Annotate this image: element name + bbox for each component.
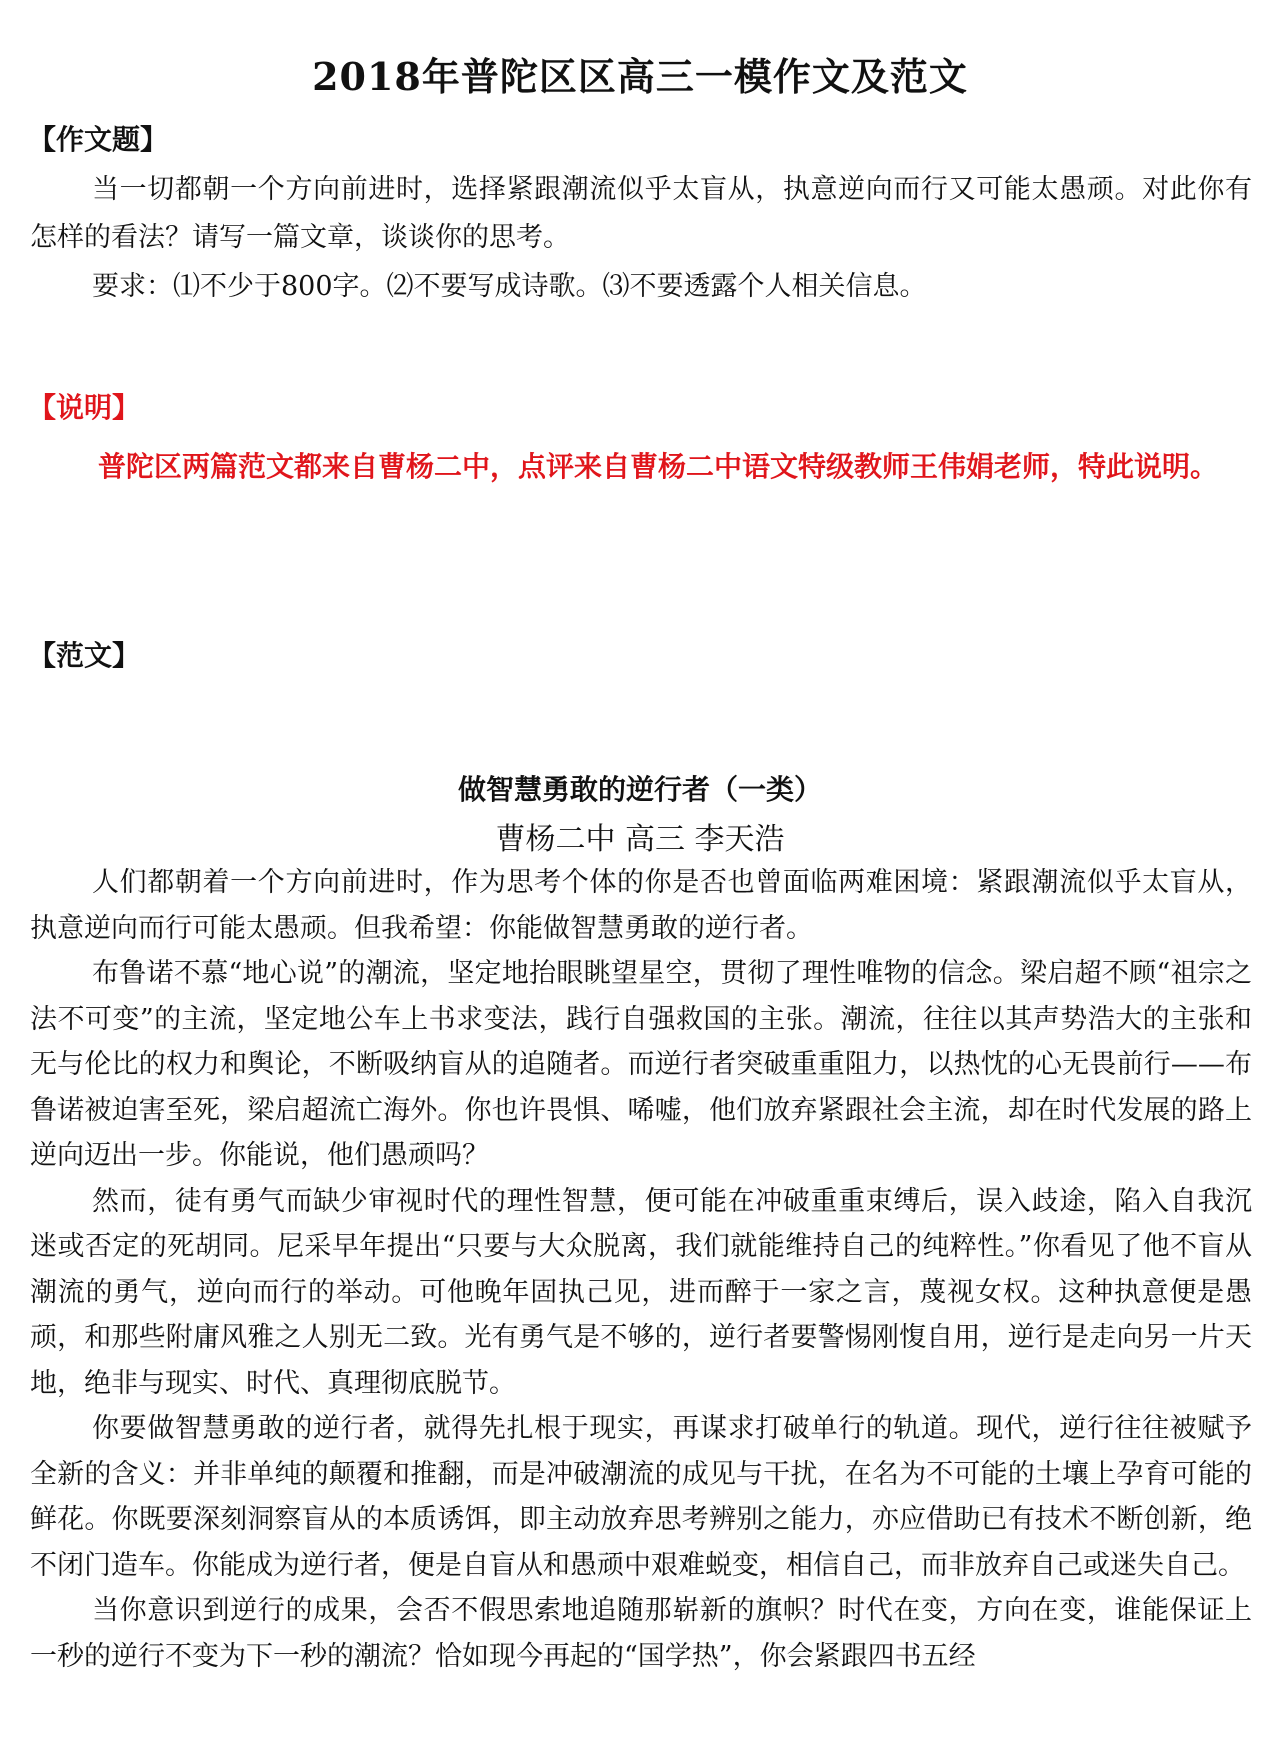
note-heading: 【说明】	[28, 386, 140, 426]
essay-paragraph: 布鲁诺不慕“地心说”的潮流，坚定地抬眼眺望星空，贯彻了理性唯物的信念。梁启超不顾…	[30, 951, 1252, 1179]
essay-paragraph: 你要做智慧勇敢的逆行者，就得先扎根于现实，再谋求打破单行的轨道。现代，逆行往往被…	[30, 1406, 1252, 1588]
essay-paragraph: 然而，徒有勇气而缺少审视时代的理性智慧，便可能在冲破重重束缚后，误入歧途，陷入自…	[30, 1179, 1252, 1407]
sample-heading: 【范文】	[28, 634, 140, 674]
essay-body: 人们都朝着一个方向前进时，作为思考个体的你是否也曾面临两难困境：紧跟潮流似乎太盲…	[30, 860, 1252, 1679]
essay-author: 曹杨二中 高三 李天浩	[0, 814, 1280, 858]
essay-paragraph: 人们都朝着一个方向前进时，作为思考个体的你是否也曾面临两难困境：紧跟潮流似乎太盲…	[30, 860, 1252, 951]
prompt-requirements: 要求：⑴不少于800字。⑵不要写成诗歌。⑶不要透露个人相关信息。	[92, 264, 927, 303]
note-body: 普陀区两篇范文都来自曹杨二中，点评来自曹杨二中语文特级教师王伟娟老师，特此说明。	[30, 434, 1252, 500]
prompt-heading: 【作文题】	[28, 118, 168, 158]
prompt-body: 当一切都朝一个方向前进时，选择紧跟潮流似乎太盲从，执意逆向而行又可能太愚顽。对此…	[30, 166, 1252, 262]
document-title: 2018年普陀区区高三一模作文及范文	[0, 46, 1280, 101]
essay-title: 做智慧勇敢的逆行者（一类）	[0, 768, 1280, 808]
essay-paragraph: 当你意识到逆行的成果，会否不假思索地追随那崭新的旗帜？时代在变，方向在变，谁能保…	[30, 1588, 1252, 1679]
